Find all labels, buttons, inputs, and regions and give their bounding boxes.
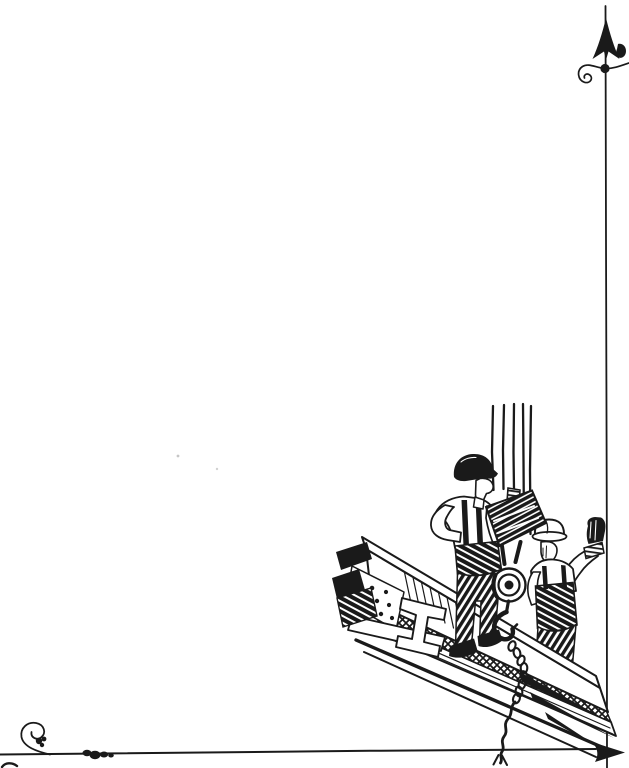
print-specks [177, 455, 219, 471]
rope-tail [501, 702, 516, 763]
right-rule-line [606, 6, 608, 768]
top-right-ornament [579, 18, 629, 83]
ironworkers-illustration [177, 404, 616, 765]
face [476, 478, 494, 500]
corner-fragment [2, 763, 17, 767]
page-illustration [0, 0, 629, 768]
neck [474, 497, 485, 509]
bib-overalls [536, 583, 578, 631]
glove-cuff [584, 543, 604, 559]
bud-icon [616, 44, 626, 58]
book-page [0, 0, 629, 768]
knot [83, 750, 114, 759]
arrow-finial-icon [593, 18, 620, 60]
bib-waist [455, 542, 502, 576]
hard-hat-brim [533, 532, 567, 541]
sheave [493, 569, 526, 602]
